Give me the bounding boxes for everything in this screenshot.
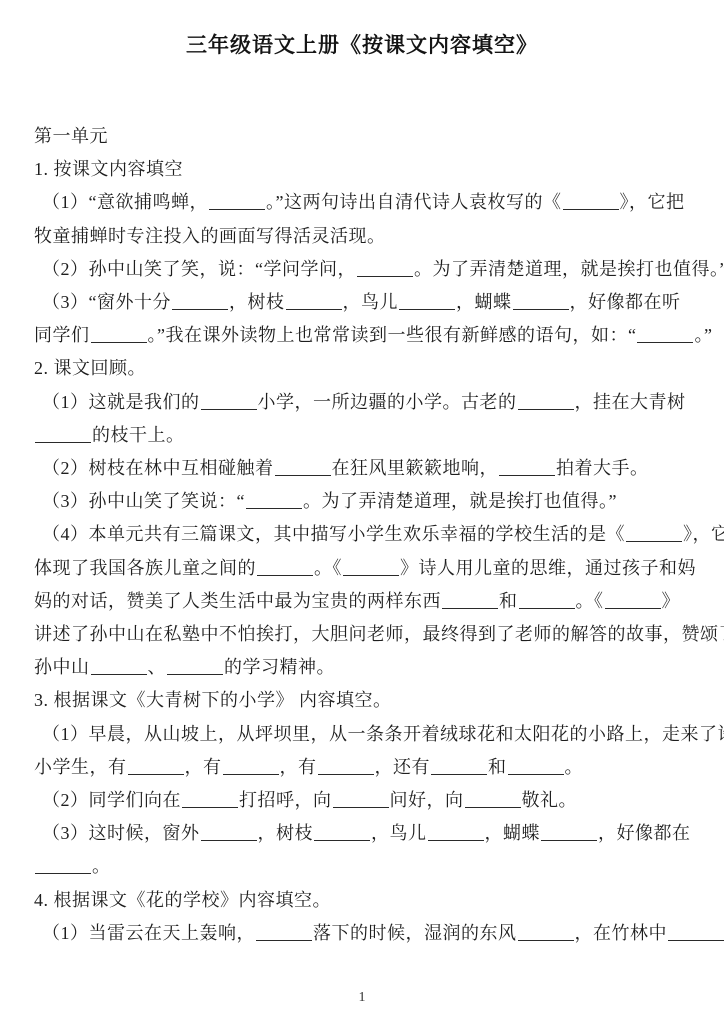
question-line: 。 <box>34 850 690 883</box>
question-line: 同学们。”我在课外读物上也常常读到一些很有新鲜感的语句，如：“。” <box>34 319 690 352</box>
fill-in-blank <box>399 294 455 310</box>
fill-in-blank <box>442 593 498 609</box>
fill-in-blank <box>519 593 575 609</box>
question-line-start: （4）本单元共有三篇课文，其中描写小学生欢乐幸福的学校生活的是《》，它 <box>34 518 690 551</box>
question-line-start: （1）当雷云在天上轰响，落下的时候，湿润的东风，在竹林中。 <box>34 917 690 950</box>
fill-in-blank <box>431 759 487 775</box>
fill-in-blank <box>465 792 521 808</box>
fill-in-blank <box>257 559 313 575</box>
question-line: 体现了我国各族儿童之间的。《》诗人用儿童的思维，通过孩子和妈 <box>34 552 690 585</box>
fill-in-blank <box>508 759 564 775</box>
fill-in-blank <box>314 825 370 841</box>
fill-in-blank <box>513 294 569 310</box>
fill-in-blank <box>128 759 184 775</box>
fill-in-blank <box>357 261 413 277</box>
fill-in-blank <box>182 792 238 808</box>
fill-in-blank <box>275 460 331 476</box>
fill-in-blank <box>563 194 619 210</box>
fill-in-blank <box>318 759 374 775</box>
fill-in-blank <box>209 194 265 210</box>
section-heading: 3. 根据课文《大青树下的小学》 内容填空。 <box>34 684 690 717</box>
fill-in-blank <box>35 427 91 443</box>
question-line: 小学生，有，有，有，还有和。 <box>34 751 690 784</box>
fill-in-blank <box>343 559 399 575</box>
fill-in-blank <box>167 659 223 675</box>
section-heading: 4. 根据课文《花的学校》内容填空。 <box>34 884 690 917</box>
question-line-start: （3）孙中山笑了笑说：“。为了弄清楚道理，就是挨打也值得。” <box>34 485 690 518</box>
question-line-start: （1）“意欲捕鸣蝉，。”这两句诗出自清代诗人袁枚写的《》，它把 <box>34 186 690 219</box>
worksheet-content: 第一单元 1. 按课文内容填空（1）“意欲捕鸣蝉，。”这两句诗出自清代诗人袁枚写… <box>34 120 690 950</box>
section-heading: 1. 按课文内容填空 <box>34 153 690 186</box>
fill-in-blank <box>428 825 484 841</box>
fill-in-blank <box>518 393 574 409</box>
fill-in-blank <box>499 460 555 476</box>
fill-in-blank <box>541 825 597 841</box>
fill-in-blank <box>91 659 147 675</box>
fill-in-blank <box>668 925 724 941</box>
fill-in-blank <box>626 526 682 542</box>
fill-in-blank <box>605 593 661 609</box>
question-line: 牧童捕蝉时专注投入的画面写得活灵活现。 <box>34 220 690 253</box>
worksheet-page: 三年级语文上册《按课文内容填空》 第一单元 1. 按课文内容填空（1）“意欲捕鸣… <box>0 0 724 1024</box>
question-line-start: （2）孙中山笑了笑，说：“学问学问，。为了弄清楚道理，就是挨打也值得。” <box>34 253 690 286</box>
question-line: 孙中山、的学习精神。 <box>34 651 690 684</box>
unit-heading: 第一单元 <box>34 120 690 153</box>
fill-in-blank <box>256 925 312 941</box>
question-line: 妈的对话，赞美了人类生活中最为宝贵的两样东西和。《》 <box>34 585 690 618</box>
question-line-start: （2）同学们向在打招呼，向问好，向敬礼。 <box>34 784 690 817</box>
fill-in-blank <box>637 327 693 343</box>
fill-in-blank <box>333 792 389 808</box>
fill-in-blank <box>201 393 257 409</box>
sections-container: 1. 按课文内容填空（1）“意欲捕鸣蝉，。”这两句诗出自清代诗人袁枚写的《》，它… <box>34 153 690 950</box>
page-number: 1 <box>0 990 724 1006</box>
question-line-start: （3）这时候，窗外，树枝，鸟儿，蝴蝶，好像都在 <box>34 817 690 850</box>
fill-in-blank <box>286 294 342 310</box>
question-line: 的枝干上。 <box>34 419 690 452</box>
fill-in-blank <box>223 759 279 775</box>
question-line: 讲述了孙中山在私塾中不怕挨打，大胆问老师，最终得到了老师的解答的故事，赞颂了 <box>34 618 690 651</box>
fill-in-blank <box>172 294 228 310</box>
section-heading: 2. 课文回顾。 <box>34 352 690 385</box>
question-line-start: （1）早晨，从山坡上，从坪坝里，从一条条开着绒球花和太阳花的小路上，走来了许多 <box>34 718 690 751</box>
question-line-start: （1）这就是我们的小学，一所边疆的小学。古老的，挂在大青树 <box>34 386 690 419</box>
question-line-start: （3）“窗外十分，树枝，鸟儿，蝴蝶，好像都在听 <box>34 286 690 319</box>
fill-in-blank <box>518 925 574 941</box>
page-title: 三年级语文上册《按课文内容填空》 <box>34 0 690 60</box>
fill-in-blank <box>201 825 257 841</box>
fill-in-blank <box>246 493 302 509</box>
fill-in-blank <box>91 327 147 343</box>
fill-in-blank <box>35 858 91 874</box>
question-line-start: （2）树枝在林中互相碰触着在狂风里簌簌地响，拍着大手。 <box>34 452 690 485</box>
